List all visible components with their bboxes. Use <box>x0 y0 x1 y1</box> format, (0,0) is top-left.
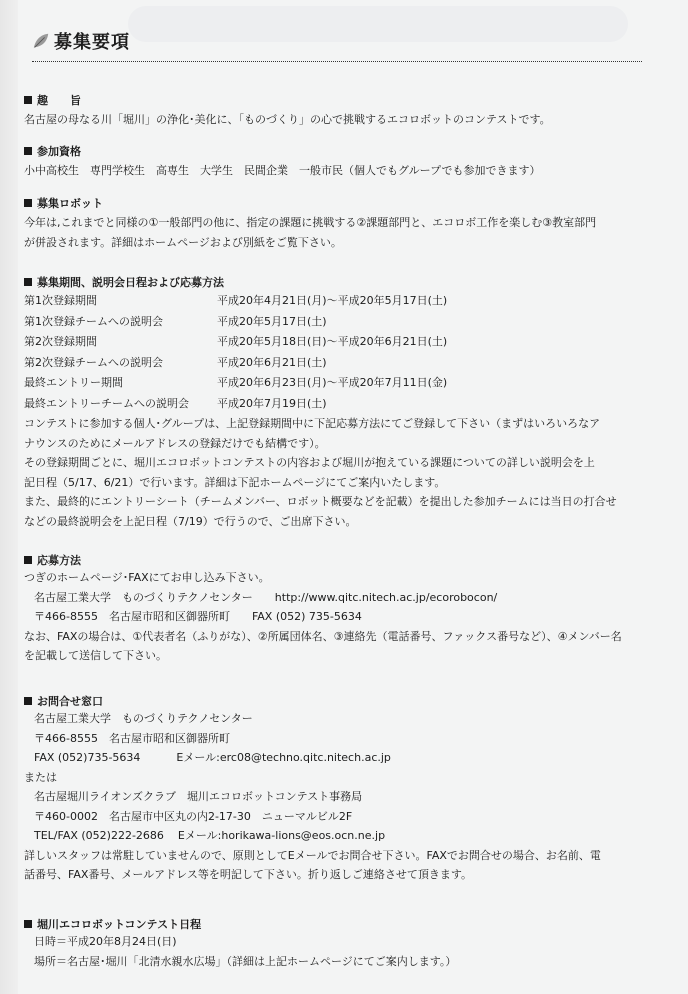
heading-text: 募集ロボット <box>37 195 103 211</box>
section-heading: 堀川エコロボットコンテスト日程 <box>24 916 664 932</box>
section-heading: 参加資格 <box>24 143 664 159</box>
schedule-label: 第1次登録チームへの説明会 <box>24 312 217 333</box>
page-header: 募集要項 <box>32 28 130 54</box>
schedule-value: 平成20年5月17日(土) <box>217 312 327 333</box>
schedule-note: また、最終的にエントリーシート（チームメンバー、ロボット概要などを記載）を提出し… <box>24 492 664 512</box>
contact-note: 話番号、FAX番号、メールアドレス等を明記して下さい。折り返しご連絡させて頂きま… <box>24 865 664 885</box>
schedule-note: などの最終説明会を上記日程（7/19）で行うので、ご出席下さい。 <box>24 512 664 532</box>
square-bullet-icon <box>24 920 32 928</box>
schedule-label: 第2次登録期間 <box>24 332 217 353</box>
fax-number: FAX (052) 735-5634 <box>252 610 362 623</box>
heading-text: 募集期間、説明会日程および応募方法 <box>37 274 224 290</box>
schedule-row: 最終エントリー期間 平成20年6月23日(月)～平成20年7月11日(金) <box>24 373 664 394</box>
fax-number: FAX (052)735-5634 <box>34 751 140 764</box>
section-robots: 募集ロボット 今年は,これまでと同様の①一般部門の他に、指定の課題に挑戦する②課… <box>24 195 664 252</box>
application-address-line: 〒466-8555 名古屋市昭和区御器所町FAX (052) 735-5634 <box>24 607 664 627</box>
schedule-value: 平成20年7月19日(土) <box>217 394 327 415</box>
page-title: 募集要項 <box>54 28 130 54</box>
contact-tel-email: TEL/FAX (052)222-2686Eメール:horikawa-lions… <box>24 826 664 846</box>
contact-address: 〒460-0002 名古屋市中区丸の内2-17-30 ニューマルビル2F <box>24 807 664 827</box>
schedule-table: 第1次登録期間 平成20年4月21日(月)～平成20年5月17日(土) 第1次登… <box>24 291 664 414</box>
schedule-row: 第2次登録期間 平成20年5月18日(日)～平成20年6月21日(土) <box>24 332 664 353</box>
schedule-row: 最終エントリーチームへの説明会 平成20年7月19日(土) <box>24 394 664 415</box>
schedule-label: 第1次登録期間 <box>24 291 217 312</box>
schedule-label: 第2次登録チームへの説明会 <box>24 353 217 374</box>
schedule-value: 平成20年6月21日(土) <box>217 353 327 374</box>
contest-date: 日時＝平成20年8月24日(日) <box>24 932 664 952</box>
section-contest-schedule: 堀川エコロボットコンテスト日程 日時＝平成20年8月24日(日) 場所＝名古屋･… <box>24 916 664 971</box>
schedule-row: 第1次登録期間 平成20年4月21日(月)～平成20年5月17日(土) <box>24 291 664 312</box>
section-heading: 応募方法 <box>24 552 664 568</box>
section-heading: 募集ロボット <box>24 195 664 211</box>
schedule-value: 平成20年4月21日(月)～平成20年5月17日(土) <box>217 291 447 312</box>
contact-org: 名古屋工業大学 ものづくりテクノセンター <box>24 709 664 729</box>
square-bullet-icon <box>24 147 32 155</box>
square-bullet-icon <box>24 556 32 564</box>
square-bullet-icon <box>24 697 32 705</box>
application-intro: つぎのホームページ･FAXにてお申し込み下さい。 <box>24 568 664 588</box>
section-purpose: 趣 旨 名古屋の母なる川「堀川」の浄化･美化に、「ものづくり」の心で挑戦するエコ… <box>24 92 664 130</box>
telfax-number: TEL/FAX (052)222-2686 <box>34 829 164 842</box>
section-heading: お問合せ窓口 <box>24 693 664 709</box>
application-org-line: 名古屋工業大学 ものづくりテクノセンターhttp://www.qitc.nite… <box>24 588 664 608</box>
page-edge-strip <box>0 0 18 994</box>
heading-text: 応募方法 <box>37 552 81 568</box>
purpose-text: 名古屋の母なる川「堀川」の浄化･美化に、「ものづくり」の心で挑戦するエコロボット… <box>24 110 664 130</box>
square-bullet-icon <box>24 96 32 104</box>
schedule-note: コンテストに参加する個人･グループは、上記登録期間中に下記応募方法にてご登録して… <box>24 414 664 434</box>
contact-address: 〒466-8555 名古屋市昭和区御器所町 <box>24 729 664 749</box>
schedule-row: 第2次登録チームへの説明会 平成20年6月21日(土) <box>24 353 664 374</box>
section-contact: お問合せ窓口 名古屋工業大学 ものづくりテクノセンター 〒466-8555 名古… <box>24 693 664 885</box>
dotted-divider <box>32 61 642 62</box>
section-application: 応募方法 つぎのホームページ･FAXにてお申し込み下さい。 名古屋工業大学 もの… <box>24 552 664 666</box>
section-heading: 募集期間、説明会日程および応募方法 <box>24 274 664 290</box>
section-schedule: 募集期間、説明会日程および応募方法 第1次登録期間 平成20年4月21日(月)～… <box>24 274 664 531</box>
leaf-icon <box>32 32 50 50</box>
application-note: を記載して送信して下さい。 <box>24 646 664 666</box>
schedule-value: 平成20年6月23日(月)～平成20年7月11日(金) <box>217 373 447 394</box>
email-address[interactable]: Eメール:erc08@techno.qitc.nitech.ac.jp <box>176 751 390 764</box>
schedule-label: 最終エントリーチームへの説明会 <box>24 394 217 415</box>
schedule-note: その登録期間ごとに、堀川エコロボットコンテストの内容および堀川が抱えている課題に… <box>24 453 664 473</box>
heading-text: 趣 旨 <box>37 92 81 108</box>
section-heading: 趣 旨 <box>24 92 664 108</box>
schedule-value: 平成20年5月18日(日)～平成20年6月21日(土) <box>217 332 447 353</box>
org-name: 名古屋工業大学 ものづくりテクノセンター <box>34 591 253 604</box>
contact-or: または <box>24 768 664 788</box>
email-address[interactable]: Eメール:horikawa-lions@eos.ocn.ne.jp <box>178 829 385 842</box>
robots-line: が併設されます。詳細はホームページおよび別紙をご覧下さい。 <box>24 233 664 253</box>
square-bullet-icon <box>24 199 32 207</box>
eligibility-text: 小中高校生 専門学校生 高専生 大学生 民間企業 一般市民（個人でもグループでも… <box>24 161 664 181</box>
square-bullet-icon <box>24 278 32 286</box>
heading-text: 参加資格 <box>37 143 81 159</box>
schedule-note: 記日程（5/17、6/21）で行います。詳細は下記ホームページにてご案内いたしま… <box>24 473 664 493</box>
contact-org: 名古屋堀川ライオンズクラブ 堀川エコロボットコンテスト事務局 <box>24 787 664 807</box>
contact-fax-email: FAX (052)735-5634Eメール:erc08@techno.qitc.… <box>24 748 664 768</box>
homepage-link[interactable]: http://www.qitc.nitech.ac.jp/ecorobocon/ <box>275 591 497 604</box>
schedule-note: ナウンスのためにメールアドレスの登録だけでも結構です）。 <box>24 434 664 454</box>
schedule-label: 最終エントリー期間 <box>24 373 217 394</box>
heading-text: お問合せ窓口 <box>37 693 103 709</box>
heading-text: 堀川エコロボットコンテスト日程 <box>37 916 201 932</box>
background-bleed-through <box>128 6 628 42</box>
robots-line: 今年は,これまでと同様の①一般部門の他に、指定の課題に挑戦する②課題部門と、エコ… <box>24 213 664 233</box>
section-eligibility: 参加資格 小中高校生 専門学校生 高専生 大学生 民間企業 一般市民（個人でもグ… <box>24 143 664 181</box>
contact-note: 詳しいスタッフは常駐していませんので、原則としてEメールでお問合せ下さい。FAX… <box>24 846 664 866</box>
schedule-row: 第1次登録チームへの説明会 平成20年5月17日(土) <box>24 312 664 333</box>
contest-place: 場所＝名古屋･堀川「北清水親水広場」（詳細は上記ホームページにてご案内します。） <box>24 952 664 972</box>
address: 〒466-8555 名古屋市昭和区御器所町 <box>34 610 230 623</box>
application-note: なお、FAXの場合は、①代表者名（ふりがな）、②所属団体名、③連絡先（電話番号、… <box>24 627 664 647</box>
